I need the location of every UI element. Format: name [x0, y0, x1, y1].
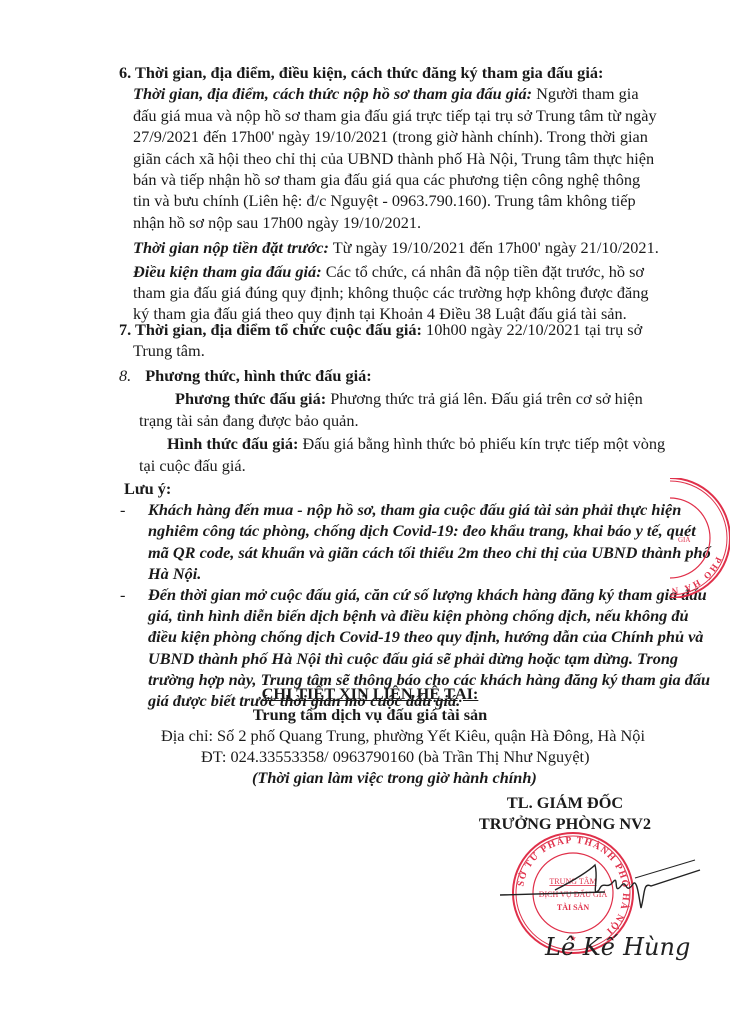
section-7-label: 7. Thời gian, địa điểm tổ chức cuộc đấu … — [119, 320, 422, 339]
contact-phone: ĐT: 024.33553358/ 0963790160 (bà Trần Th… — [201, 746, 590, 767]
contact-org: Trung tâm dịch vụ đấu giá tài sản — [170, 705, 570, 726]
conditions-label: Điều kiện tham gia đấu giá: — [133, 262, 322, 281]
bullet: - — [120, 499, 125, 520]
partial-stamp-inner: GIÁ — [678, 536, 690, 544]
section-7: 7. Thời gian, địa điểm tổ chức cuộc đấu … — [119, 319, 679, 362]
text-line: Đến thời gian mở cuộc đấu giá, căn cứ số… — [148, 584, 684, 605]
partial-stamp: PHỐ HÀ NỘI GIÁ — [670, 478, 730, 598]
text-line: 27/9/2021 đến 17h00' ngày 19/10/2021 (tr… — [133, 126, 679, 147]
text-line: tham gia đấu giá đúng quy định; không th… — [133, 282, 679, 303]
text-line: tại cuộc đấu giá. — [119, 455, 679, 476]
text-line: nhận hồ sơ nộp sau 17h00 ngày 19/10/2021… — [133, 212, 679, 233]
contact-address: Địa chỉ: Số 2 phố Quang Trung, phường Yế… — [161, 725, 645, 746]
deposit-label: Thời gian nộp tiền đặt trước: — [133, 238, 329, 257]
text-line: giãn cách xã hội theo chỉ thị của UBND t… — [133, 148, 679, 169]
notes-heading: Lưu ý: — [124, 478, 684, 499]
text-line: đấu giá mua và nộp hồ sơ tham gia đấu gi… — [133, 105, 679, 126]
text-line: Khách hàng đến mua - nộp hồ sơ, tham gia… — [148, 499, 684, 520]
section-8-heading: Phương thức, hình thức đấu giá: — [131, 366, 372, 385]
contact-block: CHI TIẾT XIN LIÊN HỆ TẠI: Trung tâm dịch… — [170, 684, 570, 725]
text-line: bán và tiếp nhận hồ sơ tham gia đấu giá … — [133, 169, 679, 190]
signer-name: Lê Kế Hùng — [545, 932, 690, 962]
deposit-text: Từ ngày 19/10/2021 đến 17h00' ngày 21/10… — [329, 238, 659, 257]
text-line: tin và bưu chính (Liên hệ: đ/c Nguyệt - … — [133, 190, 679, 211]
section-8-number: 8. — [119, 366, 131, 385]
section-8: 8.Phương thức, hình thức đấu giá: Phương… — [119, 365, 679, 476]
text-line: Phương thức trả giá lên. Đấu giá trên cơ… — [326, 389, 643, 408]
note-item: - Khách hàng đến mua - nộp hồ sơ, tham g… — [124, 499, 684, 584]
text-line: 10h00 ngày 22/10/2021 tại trụ sở — [422, 320, 642, 339]
form-label: Hình thức đấu giá: — [167, 434, 298, 453]
method-label: Phương thức đấu giá: — [175, 389, 326, 408]
text-line: Đấu giá bằng hình thức bỏ phiếu kín trực… — [298, 434, 665, 453]
text-line: UBND thành phố Hà Nội thì cuộc đấu giá s… — [148, 648, 684, 669]
section-6: 6. Thời gian, địa điểm, điều kiện, cách … — [119, 62, 679, 325]
text-line: Hà Nội. — [148, 563, 684, 584]
text-line: Các tổ chức, cá nhân đã nộp tiền đặt trư… — [322, 262, 644, 281]
document-page: 6. Thời gian, địa điểm, điều kiện, cách … — [0, 0, 730, 1033]
section-6-heading: 6. Thời gian, địa điểm, điều kiện, cách … — [119, 62, 679, 83]
notes: Lưu ý: - Khách hàng đến mua - nộp hồ sơ,… — [124, 478, 684, 711]
contact-hours: (Thời gian làm việc trong giờ hành chính… — [252, 767, 537, 788]
contact-heading: CHI TIẾT XIN LIÊN HỆ TẠI: — [170, 684, 570, 705]
text-line: giá, tình hình diễn biến dịch bệnh và đi… — [148, 605, 684, 626]
submission-label: Thời gian, địa điểm, cách thức nộp hồ sơ… — [133, 84, 532, 103]
handwritten-signature — [495, 850, 705, 920]
bullet: - — [120, 584, 125, 605]
text-line: trạng tài sản đang được bảo quản. — [119, 410, 679, 431]
text-line: mã QR code, sát khuẩn và giãn cách tối t… — [148, 542, 684, 563]
signature-line-1: TL. GIÁM ĐỐC — [465, 793, 665, 814]
text-line: điều kiện phòng chống dịch Covid-19 theo… — [148, 626, 684, 647]
text-line: nghiêm công tác phòng, chống dịch Covid-… — [148, 520, 684, 541]
text-line: Người tham gia — [532, 84, 639, 103]
text-line: Trung tâm. — [119, 340, 679, 361]
